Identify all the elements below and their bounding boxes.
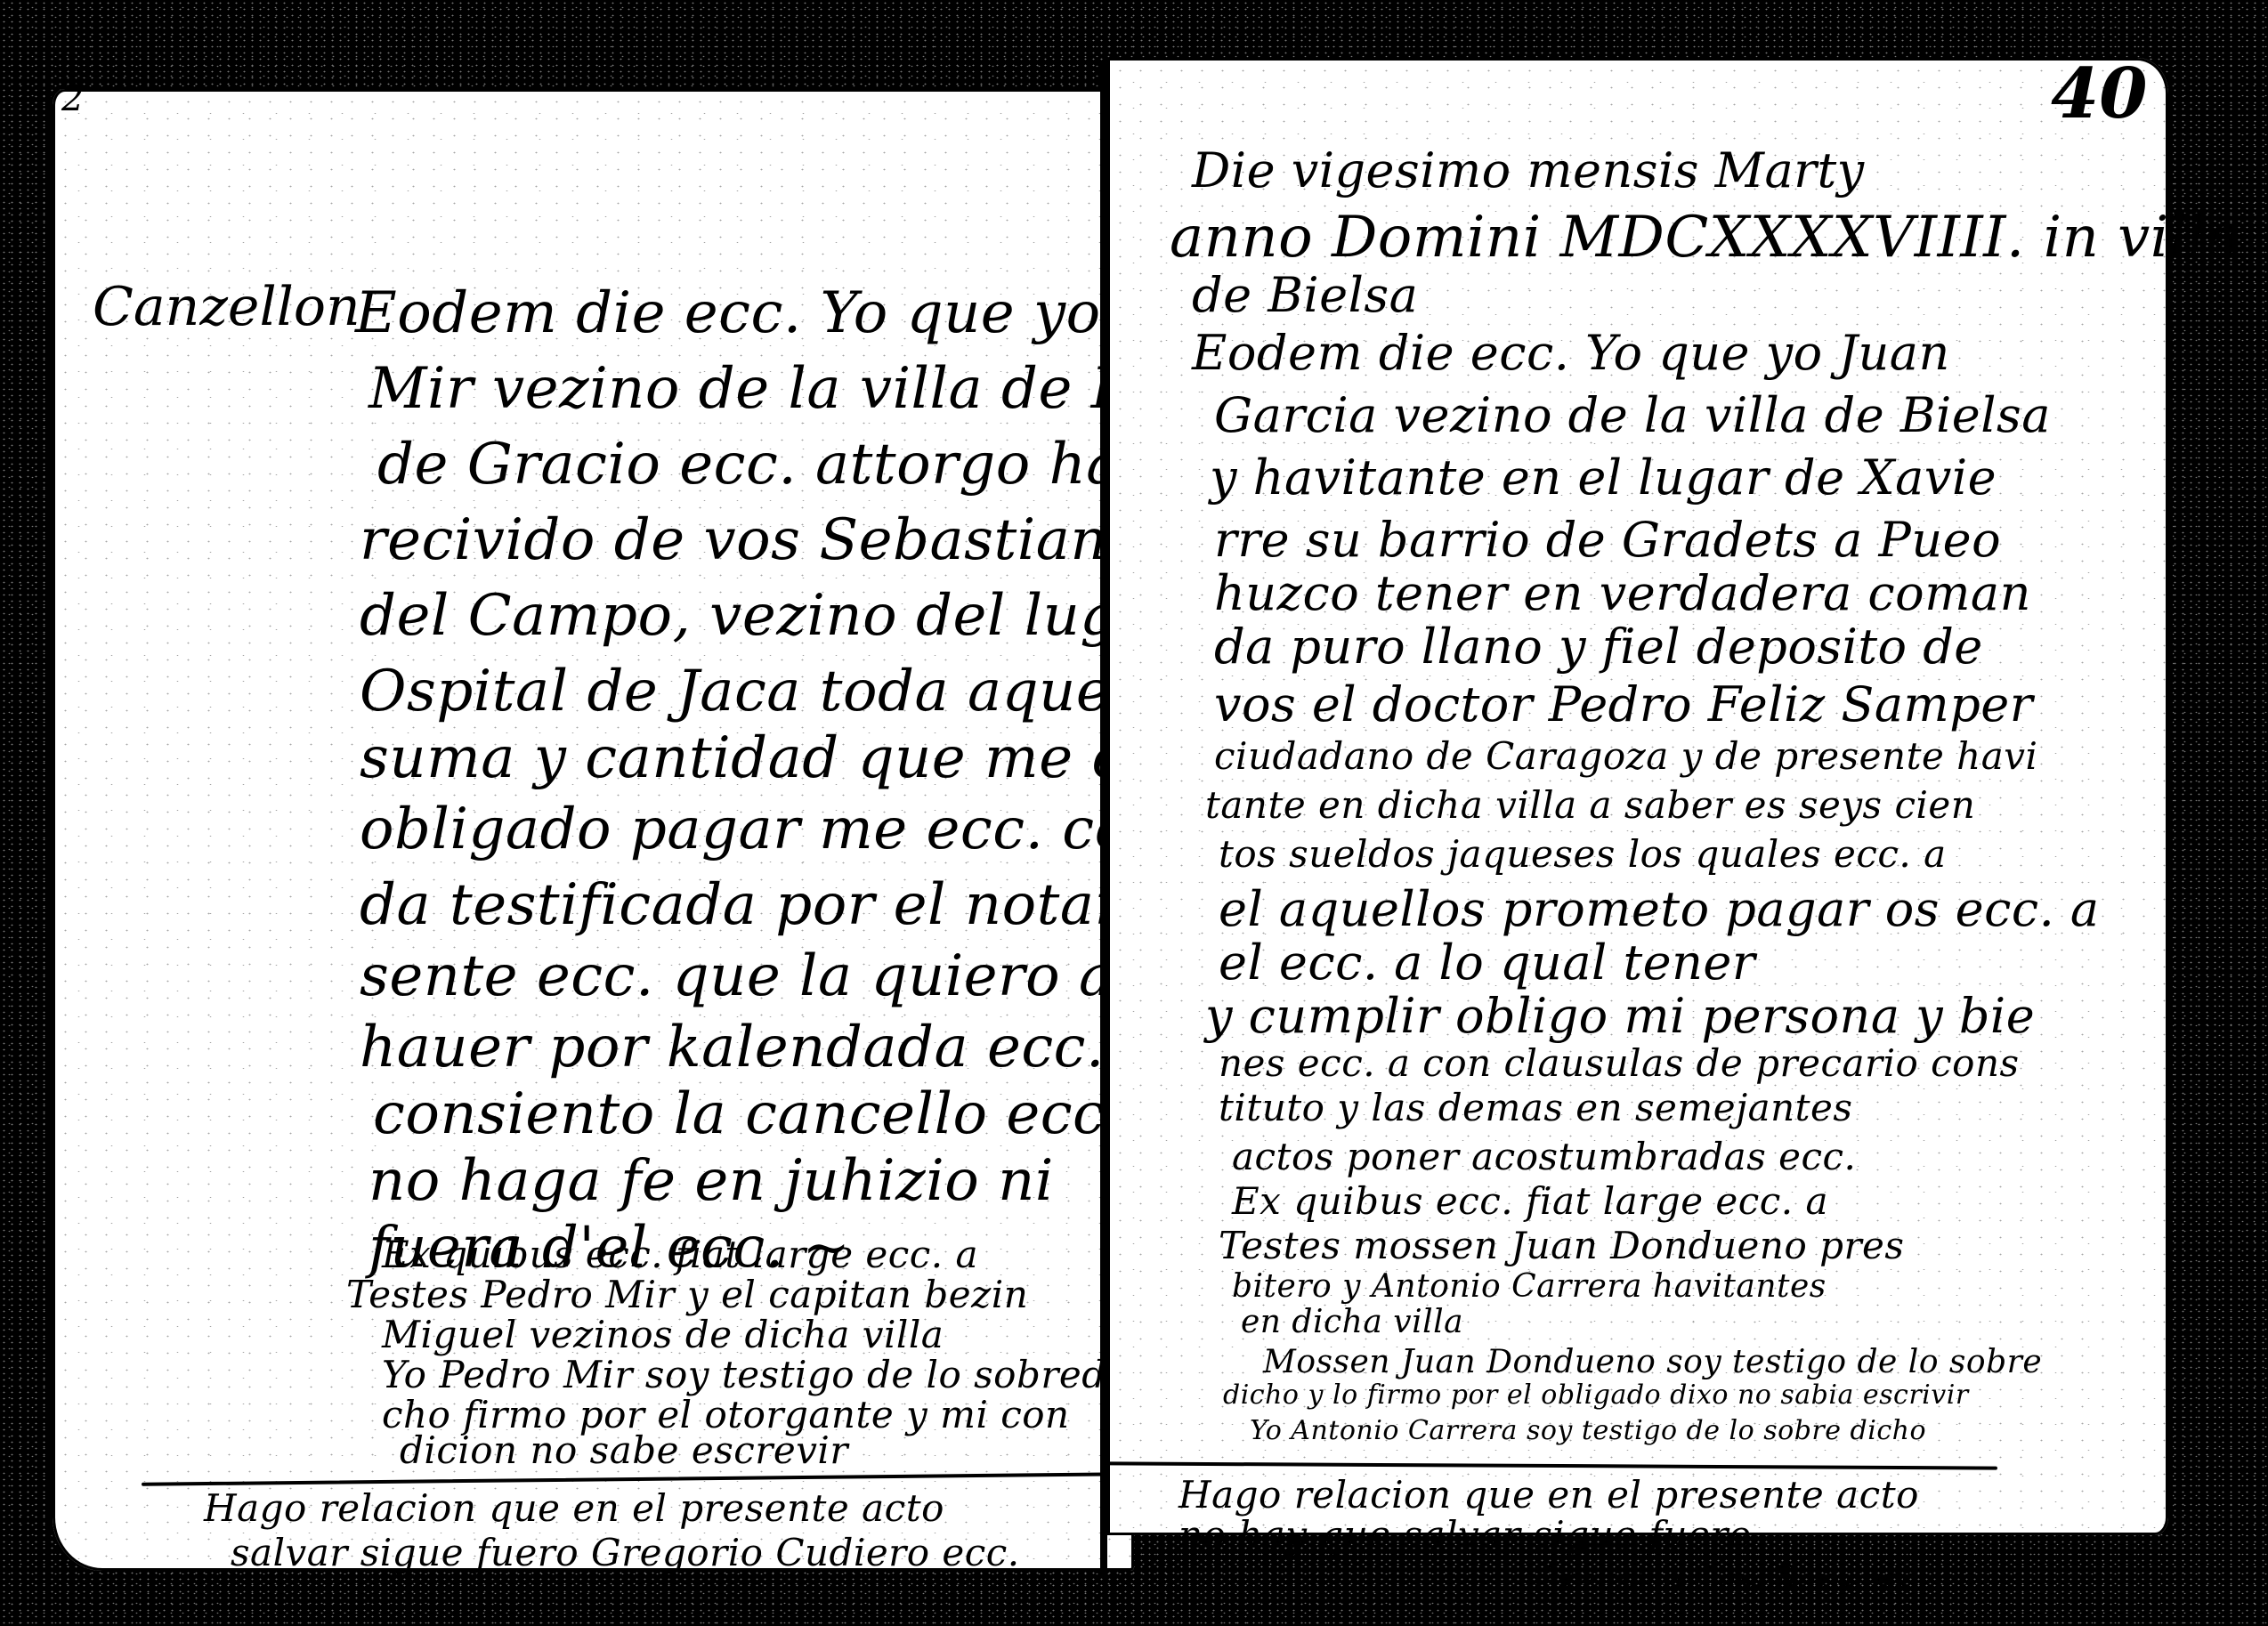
- text-line: recivido de vos Sebastian: [360, 507, 1107, 573]
- margin-note: Canzellon: [93, 276, 360, 338]
- text-line: de Gracio ecc. attorgo hauer: [377, 432, 1219, 498]
- text-line: Ex quibus ecc. fiat large ecc. a: [1232, 1179, 1828, 1223]
- text-line: nes ecc. a con clausulas de precario con…: [1219, 1041, 2020, 1085]
- text-line: vos el doctor Pedro Feliz Samper: [1214, 676, 2033, 732]
- signature-line: Mossen Juan Dondueno soy testigo de lo s…: [1263, 1344, 2042, 1380]
- signature-line: Yo Antonio Carrera soy testigo de lo sob…: [1250, 1415, 1926, 1446]
- text-line: dicion no sabe escrevir: [400, 1428, 848, 1472]
- text-line: Testes mossen Juan Dondueno pres: [1219, 1224, 1904, 1267]
- text-line: ciudadano de Caragoza y de presente havi: [1214, 734, 2037, 778]
- text-line: en dicha villa: [1241, 1304, 1463, 1340]
- text-line: tituto y las demas en semejantes: [1219, 1086, 1852, 1129]
- separator-rule: [142, 1472, 1130, 1486]
- heading-line: Die vigesimo mensis Marty: [1192, 142, 1865, 198]
- text-line: el aquellos prometo pagar os ecc. a: [1219, 881, 2100, 937]
- text-line: y havitante en el lugar de Xavie: [1210, 449, 1997, 506]
- text-line: huzco tener en verdadera coman: [1214, 565, 2031, 621]
- text-line: Garcia vezino de la villa de Bielsa: [1214, 387, 2051, 443]
- heading-line: anno Domini MDCXXXXVIIII. in villa: [1170, 205, 2240, 271]
- heading-line: de Bielsa: [1192, 267, 1418, 323]
- text-line: Testes Pedro Mir y el capitan bezin: [346, 1273, 1028, 1316]
- text-line: Hago relacion que en el presente acto: [1179, 1473, 1919, 1517]
- text-line: actos poner acostumbradas ecc.: [1232, 1135, 1856, 1178]
- text-line: hauer por kalendada ecc. a el: [360, 1015, 1229, 1080]
- text-line: y cumplir obligo mi persona y bie: [1205, 988, 2035, 1044]
- text-line: da puro llano y fiel deposito de: [1214, 619, 1983, 675]
- text-line: el ecc. a lo qual tener: [1219, 934, 1755, 991]
- left-corner-mark: 2: [61, 78, 84, 119]
- text-line: Yo Pedro Mir soy testigo de lo sobredi: [382, 1353, 1119, 1396]
- signature-line: dicho y lo firmo por el obligado dixo no…: [1223, 1379, 1969, 1411]
- text-line: Hago relacion que en el presente acto: [204, 1486, 944, 1530]
- text-line: rre su barrio de Gradets a Pueo: [1214, 512, 2001, 568]
- text-line: tante en dicha villa a saber es seys cie…: [1205, 783, 1975, 827]
- left-page: 2 Canzellon Eodem die ecc. Yo que yo Jua…: [49, 89, 1134, 1571]
- text-line: sente ecc. que la quiero aqui: [360, 943, 1206, 1009]
- text-line: Eodem die ecc. Yo que yo Juan: [1192, 325, 1950, 381]
- right-page: 40 Die vigesimo mensis Marty anno Domini…: [1102, 58, 2173, 1535]
- text-line: bitero y Antonio Carrera havitantes: [1232, 1268, 1827, 1305]
- text-line: Ex quibus ecc. fiat large ecc. a: [382, 1233, 978, 1276]
- separator-rule: [1107, 1461, 1997, 1469]
- text-line: no hay que salvar sigue fuero: [1179, 1513, 1752, 1557]
- text-line: no haga fe en juhizio ni: [369, 1148, 1054, 1214]
- text-line: salvar sigue fuero Gregorio Cudiero ecc.: [231, 1531, 1020, 1574]
- text-line: tos sueldos jaqueses los quales ecc. a: [1219, 832, 1947, 876]
- text-line: Gregorio Cavallero ecc.: [1535, 1562, 1930, 1598]
- text-line: Ospital de Jaca toda aquella: [360, 659, 1182, 724]
- folio-number: 40: [2051, 53, 2148, 134]
- text-line: Miguel vezinos de dicha villa: [382, 1313, 944, 1356]
